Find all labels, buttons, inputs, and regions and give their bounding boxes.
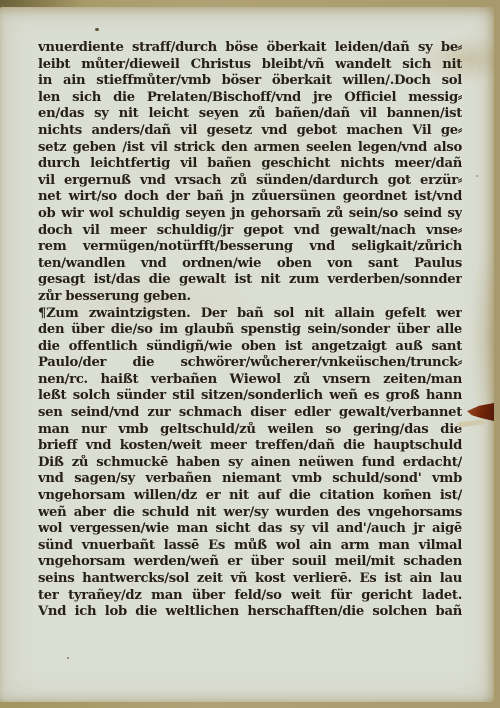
printed-text-block: vnuerdiente straff/durch böse öberkait l…	[38, 40, 462, 621]
text-line: setz geben /ist vil strick den armen see…	[38, 140, 462, 157]
text-line: sen seind/vnd zur schmach diser edler ge…	[38, 405, 462, 422]
foxing-speck	[95, 28, 99, 31]
text-line: brieff vnd kosten/weit meer treffen/dañ …	[38, 438, 462, 455]
text-line: ter tyrañey/dz man über feld/so weit für…	[38, 588, 462, 605]
text-line: zůr besserung geben.	[38, 289, 462, 306]
text-line: net wirt/so doch der bañ jn zůuersünen g…	[38, 189, 462, 206]
text-line: rem vermügen/notürfft/besserung vnd seli…	[38, 239, 462, 256]
text-line: man nur vmb geltschuld/zů weilen so geri…	[38, 422, 462, 439]
text-line: ten/wandlen vnd ordnen/wie oben von sant…	[38, 256, 462, 273]
text-line: seins hantwercks/sol zeit vñ kost verlie…	[38, 571, 462, 588]
text-line: doch vil meer schuldig/jr gepot vnd gewa…	[38, 223, 462, 240]
text-line: vngehorsam willen/dz er nit auf die cita…	[38, 488, 462, 505]
red-fragment-mark	[467, 403, 494, 421]
text-line: leßt solch sünder stil sitzen/sonderlich…	[38, 388, 462, 405]
text-line: Paulo/der die schwörer/wůcherer/vnkeüsch…	[38, 355, 462, 372]
text-line: nen/rc. haißt verbañen Wiewol zů vnsern …	[38, 372, 462, 389]
text-line: leibt můter/dieweil Christus bleibt/vñ w…	[38, 57, 462, 74]
text-line: vnd sagen/sy verbañen niemant vmb schuld…	[38, 471, 462, 488]
foxing-speck	[67, 657, 69, 659]
text-line: vil ergernuß vnd vrsach zů sünden/dardur…	[38, 173, 462, 190]
foxing-speck	[476, 175, 478, 177]
text-line: ob wir wol schuldig seyen jn gehorsam̄ z…	[38, 206, 462, 223]
foxing-speck	[451, 238, 453, 240]
text-line: in ain stieffmůter/vmb böser öberkait wi…	[38, 73, 462, 90]
text-line: sünd vnuerbañt lassē Es můß wol ain arm …	[38, 538, 462, 555]
text-line: len sich die Prelaten/Bischoff/vnd jre O…	[38, 90, 462, 107]
text-line: vnuerdiente straff/durch böse öberkait l…	[38, 40, 462, 57]
text-line: vngehorsam werden/weñ er über souil meil…	[38, 554, 462, 571]
text-line: die offentlich sündigñ/wie oben ist ange…	[38, 339, 462, 356]
text-line: ¶Zum zwaintzigsten. Der bañ sol nit alla…	[38, 306, 462, 323]
photo-background: vnuerdiente straff/durch böse öberkait l…	[0, 0, 500, 708]
text-line: durch leichtfertig vil bañen geschicht n…	[38, 156, 462, 173]
text-line: den über die/so im glaubñ spenstig sein/…	[38, 322, 462, 339]
text-line: nichts anders/dañ vil gesetz vnd gebot m…	[38, 123, 462, 140]
text-line: wol vergessen/wie man sicht das sy vil a…	[38, 521, 462, 538]
book-page: vnuerdiente straff/durch böse öberkait l…	[0, 7, 494, 702]
text-line: en/das sy nit leicht seyen zů bañen/dañ …	[38, 106, 462, 123]
text-line: Vnd ich lob die weltlichen herschafften/…	[38, 604, 462, 621]
text-line: weñ aber die schuld nit wer/sy wurden de…	[38, 505, 462, 522]
text-line: gesagt ist/das die gewalt ist nit zum ve…	[38, 272, 462, 289]
text-line: Diß zů schmuckē haben sy ainen neüwen fu…	[38, 455, 462, 472]
